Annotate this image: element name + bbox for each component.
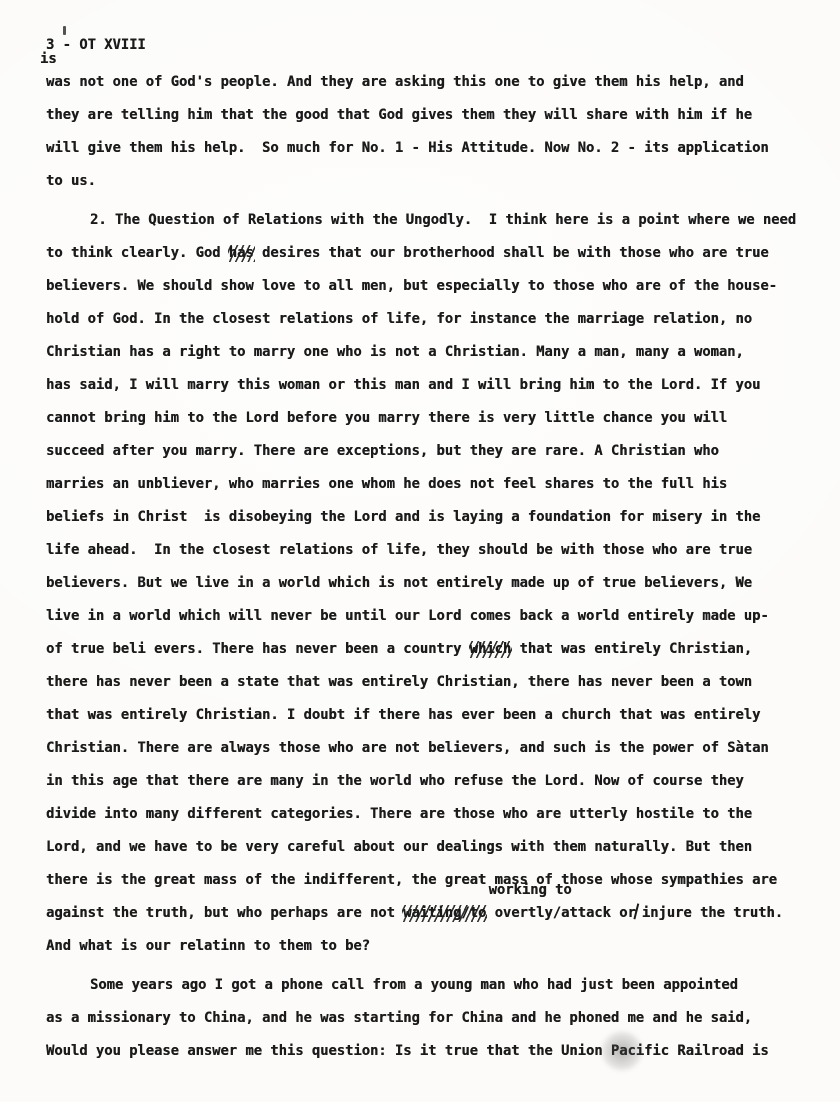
text-segment: not one of God's people. And they are as… xyxy=(71,74,744,90)
text-segment: to us. xyxy=(46,173,96,189)
text-segment: or xyxy=(611,905,636,921)
text-segment: succeed after you marry. There are excep… xyxy=(46,443,719,459)
text-line: Lord, and we have to be very careful abo… xyxy=(46,831,816,864)
interlinear-insertion: is xyxy=(40,52,57,66)
text-segment: overtly/attackworking to xyxy=(495,897,611,930)
text-segment: live in a world which will never be unti… xyxy=(46,608,769,624)
text-segment: against the truth, but who perhaps are n… xyxy=(46,905,403,921)
document-page: 3 - OT XVIII wasis not one of God's peop… xyxy=(0,0,840,1102)
text-segment: believers. We should show love to all me… xyxy=(46,278,777,294)
document-body: wasis not one of God's people. And they … xyxy=(46,66,816,1068)
text-line: Christian. There are always those who ar… xyxy=(46,732,816,765)
text-segment: there has never been a state that was en… xyxy=(46,674,752,690)
text-line: to think clearly. God has desires that o… xyxy=(46,237,816,270)
text-segment: as a missionary to China, and he was sta… xyxy=(46,1010,752,1026)
text-segment: that was entirely Christian. I doubt if … xyxy=(46,707,760,723)
text-line: beliefs in Christ is disobeying the Lord… xyxy=(46,501,816,534)
text-segment: Some years ago I got a phone call from a… xyxy=(90,977,738,993)
text-line: Would you please answer me this question… xyxy=(46,1035,816,1068)
text-line: hold of God. In the closest relations of… xyxy=(46,303,816,336)
text-line: Christian has a right to marry one who i… xyxy=(46,336,816,369)
text-segment: marries an unbliever, who marries one wh… xyxy=(46,476,727,492)
text-line: of true beli evers. There has never been… xyxy=(46,633,816,666)
text-segment: cannot bring him to the Lord before you … xyxy=(46,410,727,426)
page-header: 3 - OT XVIII xyxy=(46,36,146,54)
text-segment: 2. The Question of Relations with the Un… xyxy=(90,212,796,228)
text-line: life ahead. In the closest relations of … xyxy=(46,534,816,567)
text-segment: there is the great mass of the indiffere… xyxy=(46,872,777,888)
text-line: against the truth, but who perhaps are n… xyxy=(46,897,816,930)
text-segment: And what is our relatinn to them to be? xyxy=(46,938,370,954)
text-segment: beliefs in Christ is disobeying the Lord… xyxy=(46,509,760,525)
text-line: that was entirely Christian. I doubt if … xyxy=(46,699,816,732)
text-segment: they are telling him that the good that … xyxy=(46,107,752,123)
interlinear-insertion: working to xyxy=(489,883,572,897)
text-line: live in a world which will never be unti… xyxy=(46,600,816,633)
text-line: believers. But we live in a world which … xyxy=(46,567,816,600)
text-line: And what is our relatinn to them to be? xyxy=(46,930,816,963)
text-line: they are telling him that the good that … xyxy=(46,99,816,132)
text-line: to us. xyxy=(46,165,816,198)
text-line: in this age that there are many in the w… xyxy=(46,765,816,798)
struck-text: which xyxy=(470,633,512,666)
struck-text: has xyxy=(229,237,254,270)
text-segment: to think clearly. God xyxy=(46,245,229,261)
text-segment: Would you please answer me this question… xyxy=(46,1043,769,1059)
text-segment: believers. But we live in a world which … xyxy=(46,575,752,591)
text-segment: Lord, and we have to be very careful abo… xyxy=(46,839,752,855)
text-line: believers. We should show love to all me… xyxy=(46,270,816,303)
text-line: as a missionary to China, and he was sta… xyxy=(46,1002,816,1035)
text-segment: life ahead. In the closest relations of … xyxy=(46,542,752,558)
text-segment: has said, I will marry this woman or thi… xyxy=(46,377,760,393)
text-segment: of true beli evers. There has never been… xyxy=(46,641,470,657)
text-segment: divide into many different categories. T… xyxy=(46,806,752,822)
text-line: has said, I will marry this woman or thi… xyxy=(46,369,816,402)
text-line: 2. The Question of Relations with the Un… xyxy=(46,204,816,237)
text-line: cannot bring him to the Lord before you … xyxy=(46,402,816,435)
text-segment: Christian has a right to marry one who i… xyxy=(46,344,744,360)
ink-speck xyxy=(63,26,66,35)
text-line: there is the great mass of the indiffere… xyxy=(46,864,816,897)
text-segment: Christian. There are always those who ar… xyxy=(46,740,769,756)
text-line: there has never been a state that was en… xyxy=(46,666,816,699)
text-line: marries an unbliever, who marries one wh… xyxy=(46,468,816,501)
text-line: Some years ago I got a phone call from a… xyxy=(46,969,816,1002)
text-line: wasis not one of God's people. And they … xyxy=(46,66,816,99)
text-segment: injure the truth. xyxy=(642,905,783,921)
text-segment: hold of God. In the closest relations of… xyxy=(46,311,752,327)
text-segment: wasis xyxy=(46,66,71,99)
text-segment: desires that our brotherhood shall be wi… xyxy=(254,245,769,261)
struck-text: waiting/to xyxy=(403,897,486,930)
text-line: will give them his help. So much for No.… xyxy=(46,132,816,165)
text-segment: will give them his help. So much for No.… xyxy=(46,140,769,156)
text-segment: in this age that there are many in the w… xyxy=(46,773,744,789)
text-line: succeed after you marry. There are excep… xyxy=(46,435,816,468)
text-line: divide into many different categories. T… xyxy=(46,798,816,831)
text-segment: that was entirely Christian, xyxy=(511,641,752,657)
text-segment xyxy=(486,905,494,921)
